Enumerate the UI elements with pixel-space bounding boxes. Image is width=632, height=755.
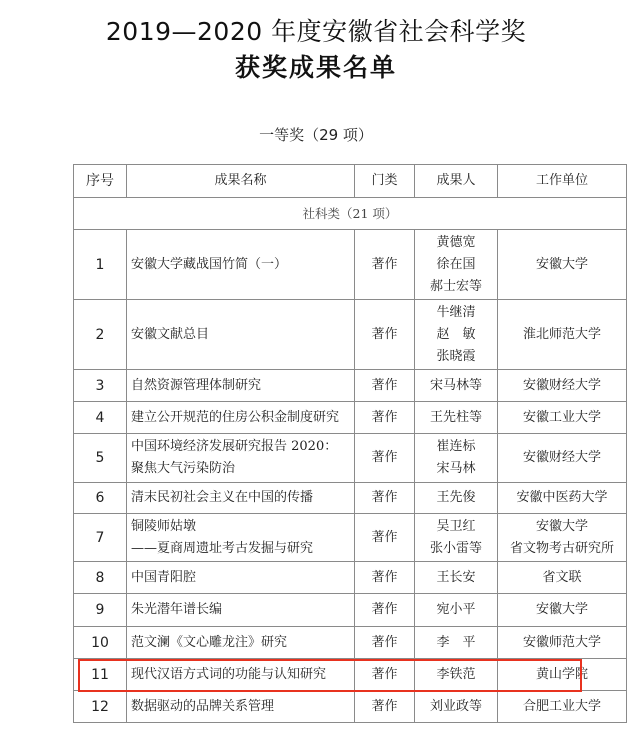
- row-authors: 牛继清 赵 敏 张晓霞: [415, 300, 498, 370]
- row-category: 著作: [355, 514, 415, 562]
- table-row: 12数据驱动的品牌关系管理著作刘业政等合肥工业大学: [74, 691, 627, 723]
- row-unit: 合肥工业大学: [498, 691, 627, 723]
- row-authors: 王先柱等: [415, 402, 498, 434]
- awards-table: 序号 成果名称 门类 成果人 工作单位 社科类（21 项） 1安徽大学藏战国竹简…: [73, 164, 627, 723]
- row-authors: 宛小平: [415, 594, 498, 627]
- table-row: 7铜陵师姑墩 ——夏商周遗址考古发掘与研究著作吴卫红 张小雷等安徽大学 省文物考…: [74, 514, 627, 562]
- category-row: 社科类（21 项）: [74, 198, 627, 230]
- table-row: 3自然资源管理体制研究著作宋马林等安徽财经大学: [74, 370, 627, 402]
- row-title: 范文澜《文心雕龙注》研究: [127, 627, 355, 659]
- row-title: 中国环境经济发展研究报告 2020： 聚焦大气污染防治: [127, 434, 355, 483]
- table-row: 8中国青阳腔著作王长安省文联: [74, 562, 627, 594]
- row-number: 1: [74, 230, 127, 300]
- row-title: 安徽大学藏战国竹简（一）: [127, 230, 355, 300]
- header-unit: 工作单位: [498, 165, 627, 198]
- table-row: 10范文澜《文心雕龙注》研究著作李 平安徽师范大学: [74, 627, 627, 659]
- row-title: 建立公开规范的住房公积金制度研究: [127, 402, 355, 434]
- row-category: 著作: [355, 562, 415, 594]
- row-number: 8: [74, 562, 127, 594]
- row-title: 铜陵师姑墩 ——夏商周遗址考古发掘与研究: [127, 514, 355, 562]
- header-authors: 成果人: [415, 165, 498, 198]
- row-number: 3: [74, 370, 127, 402]
- row-unit: 安徽大学 省文物考古研究所: [498, 514, 627, 562]
- category-label: 社科类（21 项）: [74, 198, 627, 230]
- row-number: 2: [74, 300, 127, 370]
- row-unit: 安徽财经大学: [498, 370, 627, 402]
- row-unit: 安徽中医药大学: [498, 483, 627, 514]
- row-category: 著作: [355, 483, 415, 514]
- row-authors: 崔连标 宋马林: [415, 434, 498, 483]
- row-category: 著作: [355, 434, 415, 483]
- row-number: 12: [74, 691, 127, 723]
- row-number: 6: [74, 483, 127, 514]
- row-unit: 安徽师范大学: [498, 627, 627, 659]
- table-row: 4建立公开规范的住房公积金制度研究著作王先柱等安徽工业大学: [74, 402, 627, 434]
- table-header-row: 序号 成果名称 门类 成果人 工作单位: [74, 165, 627, 198]
- row-number: 5: [74, 434, 127, 483]
- row-authors: 刘业政等: [415, 691, 498, 723]
- row-category: 著作: [355, 627, 415, 659]
- row-title: 清末民初社会主义在中国的传播: [127, 483, 355, 514]
- row-unit: 黄山学院: [498, 659, 627, 691]
- table-row: 11现代汉语方式词的功能与认知研究著作李铁范黄山学院: [74, 659, 627, 691]
- row-title: 自然资源管理体制研究: [127, 370, 355, 402]
- row-unit: 安徽大学: [498, 594, 627, 627]
- row-authors: 李铁范: [415, 659, 498, 691]
- table-row: 2安徽文献总目著作牛继清 赵 敏 张晓霞淮北师范大学: [74, 300, 627, 370]
- row-title: 数据驱动的品牌关系管理: [127, 691, 355, 723]
- row-title: 朱光潜年谱长编: [127, 594, 355, 627]
- row-unit: 淮北师范大学: [498, 300, 627, 370]
- row-category: 著作: [355, 691, 415, 723]
- document-title: 2019—2020 年度安徽省社会科学奖: [0, 12, 632, 48]
- row-title: 安徽文献总目: [127, 300, 355, 370]
- table-row: 6清末民初社会主义在中国的传播著作王先俊安徽中医药大学: [74, 483, 627, 514]
- row-title: 中国青阳腔: [127, 562, 355, 594]
- row-unit: 安徽大学: [498, 230, 627, 300]
- row-unit: 安徽财经大学: [498, 434, 627, 483]
- row-authors: 李 平: [415, 627, 498, 659]
- row-number: 10: [74, 627, 127, 659]
- header-category: 门类: [355, 165, 415, 198]
- row-unit: 安徽工业大学: [498, 402, 627, 434]
- row-authors: 王先俊: [415, 483, 498, 514]
- row-title: 现代汉语方式词的功能与认知研究: [127, 659, 355, 691]
- header-number: 序号: [74, 165, 127, 198]
- row-category: 著作: [355, 594, 415, 627]
- row-authors: 王长安: [415, 562, 498, 594]
- row-number: 11: [74, 659, 127, 691]
- table-row: 9朱光潜年谱长编著作宛小平安徽大学: [74, 594, 627, 627]
- row-category: 著作: [355, 659, 415, 691]
- row-number: 4: [74, 402, 127, 434]
- row-number: 7: [74, 514, 127, 562]
- row-category: 著作: [355, 402, 415, 434]
- row-unit: 省文联: [498, 562, 627, 594]
- award-level-heading: 一等奖（29 项）: [0, 124, 632, 145]
- row-category: 著作: [355, 300, 415, 370]
- row-authors: 宋马林等: [415, 370, 498, 402]
- header-title: 成果名称: [127, 165, 355, 198]
- row-authors: 黄德宽 徐在国 郝士宏等: [415, 230, 498, 300]
- row-authors: 吴卫红 张小雷等: [415, 514, 498, 562]
- document-subtitle: 获奖成果名单: [0, 48, 632, 84]
- row-category: 著作: [355, 230, 415, 300]
- row-category: 著作: [355, 370, 415, 402]
- table-row: 5中国环境经济发展研究报告 2020： 聚焦大气污染防治著作崔连标 宋马林安徽财…: [74, 434, 627, 483]
- table-row: 1安徽大学藏战国竹简（一）著作黄德宽 徐在国 郝士宏等安徽大学: [74, 230, 627, 300]
- row-number: 9: [74, 594, 127, 627]
